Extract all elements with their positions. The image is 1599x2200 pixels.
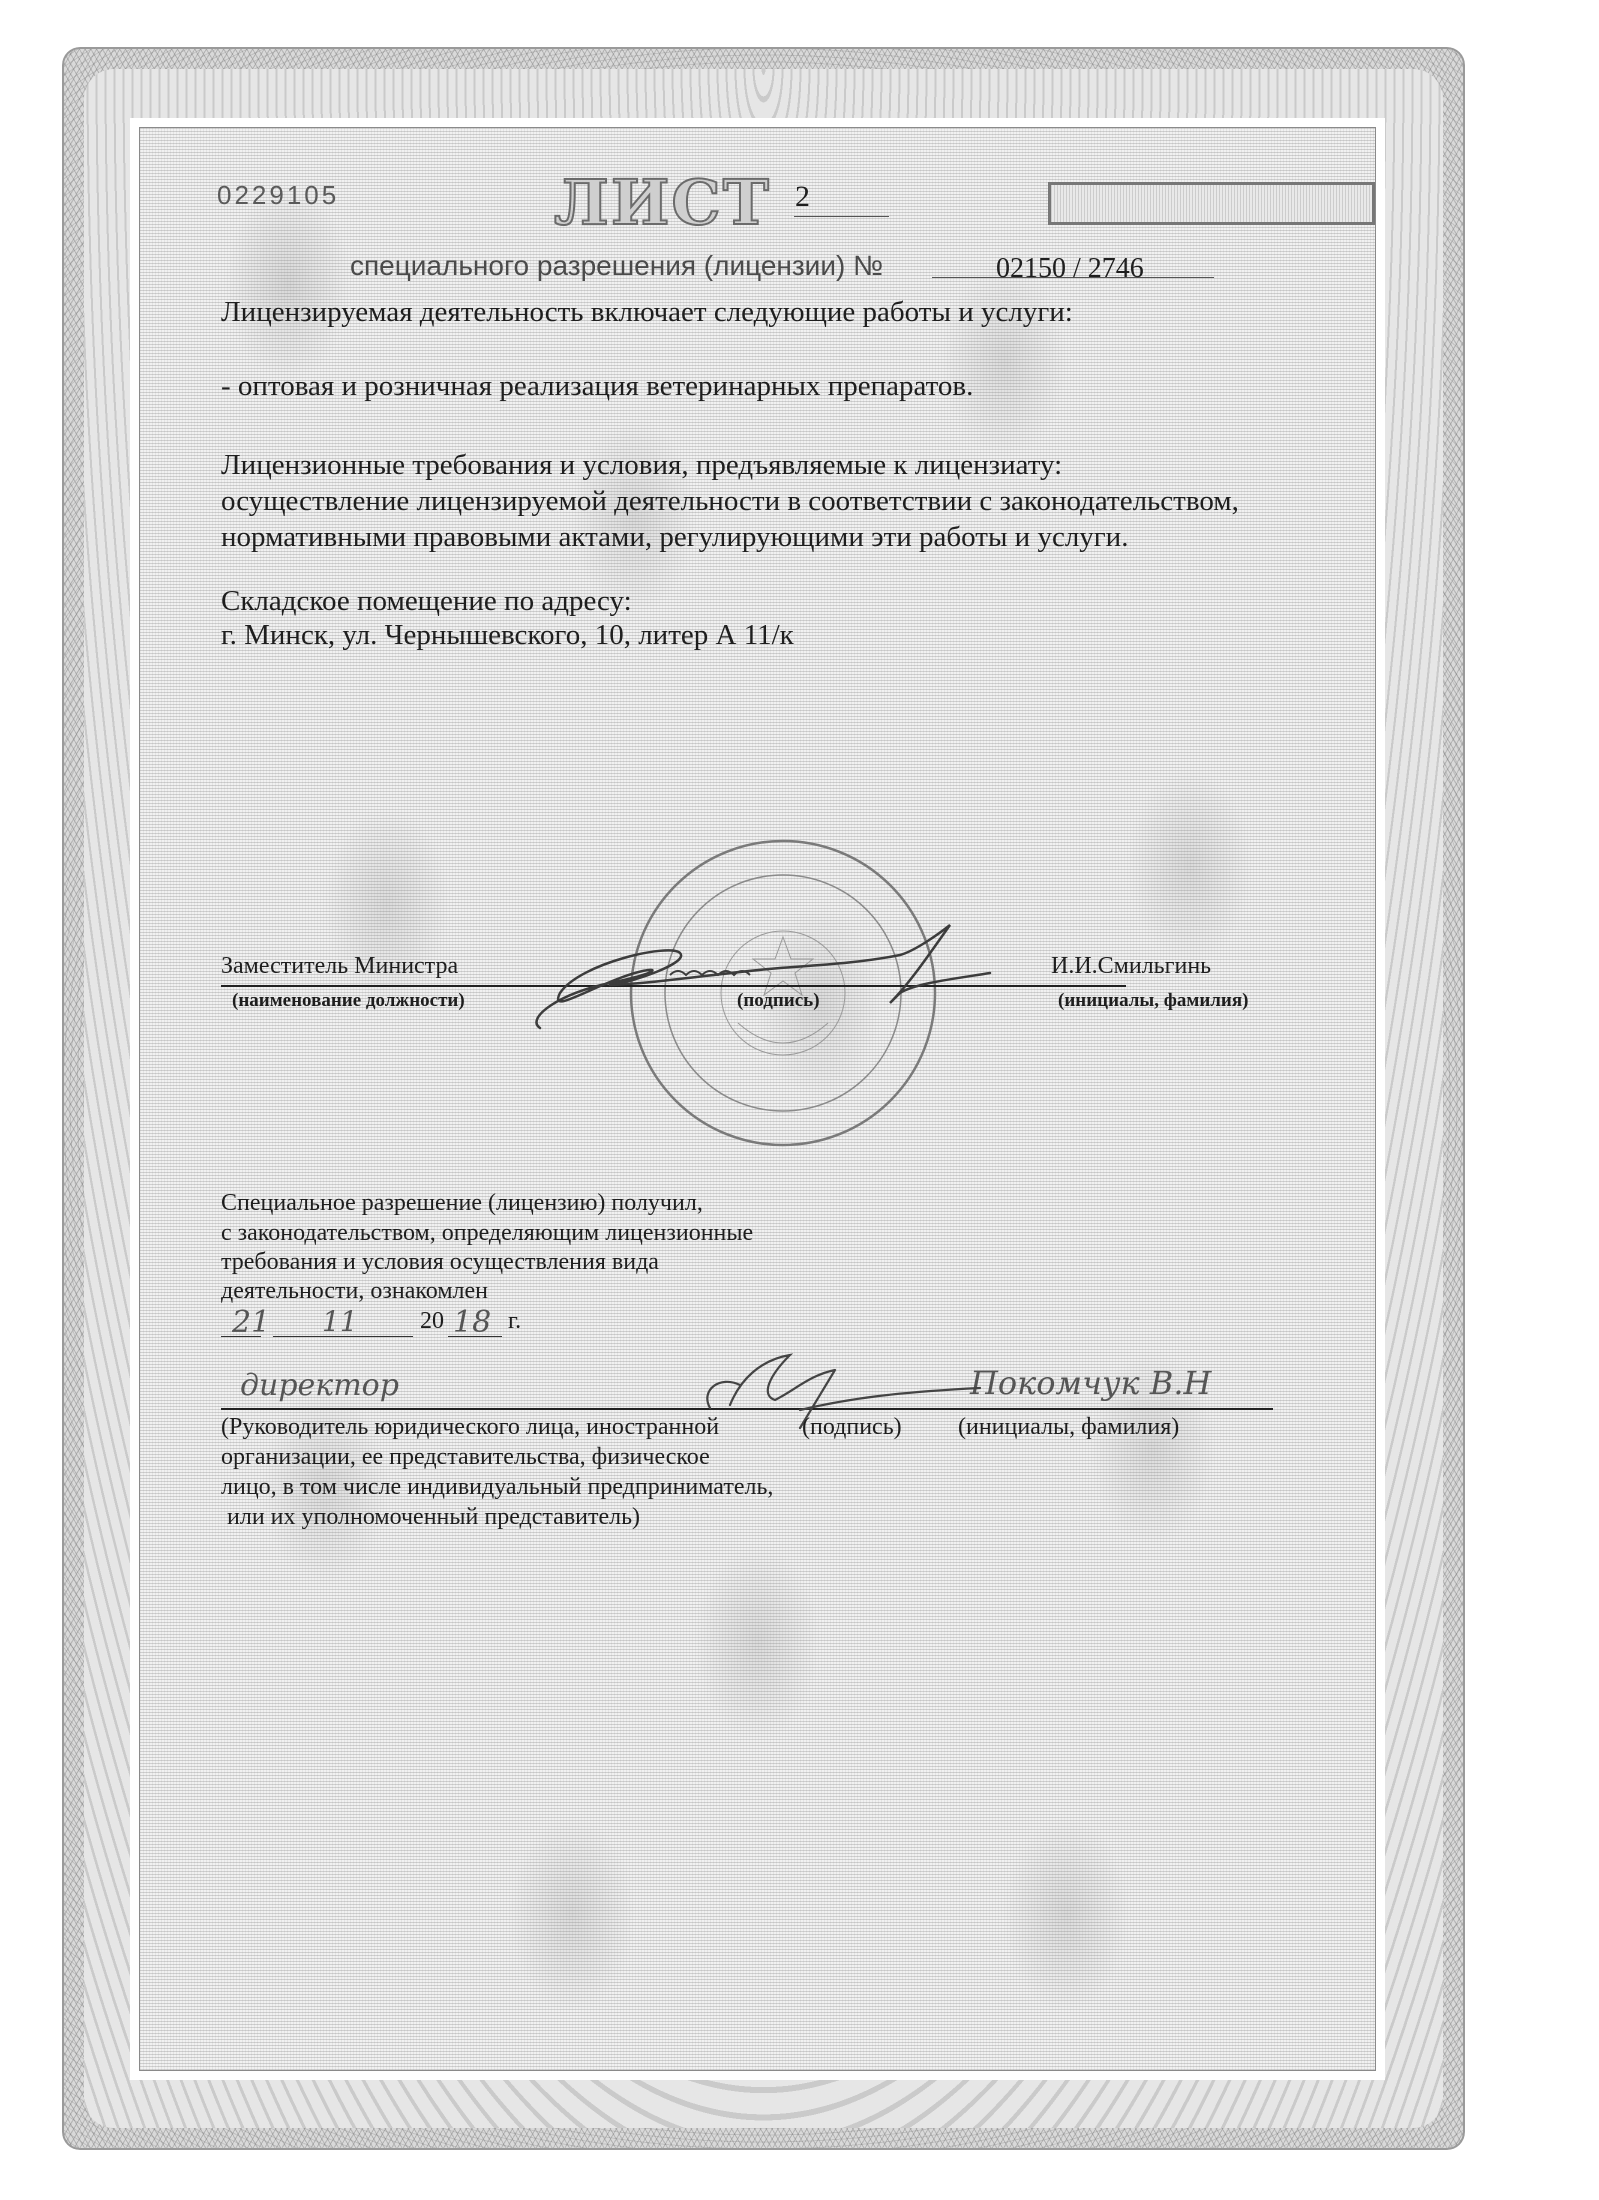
issuer-position-caption: (наименование должности) xyxy=(232,990,465,1012)
date-year: 18 xyxy=(453,1305,491,1340)
activity-item: - оптовая и розничная реализация ветерин… xyxy=(221,370,973,403)
sheet-number: 2 xyxy=(795,180,810,214)
document-frame: 0229105 ЛИСТ 2 специального разрешения (… xyxy=(130,118,1385,2080)
serial-number: 0229105 xyxy=(217,180,339,211)
issuer-position: Заместитель Министра xyxy=(221,953,458,980)
acknowledgement-line: Специальное разрешение (лицензию) получи… xyxy=(221,1190,703,1217)
document-title: ЛИСТ xyxy=(554,166,771,239)
issuer-name: И.И.Смильгинь xyxy=(1051,953,1211,980)
warehouse-address: г. Минск, ул. Чернышевского, 10, литер А… xyxy=(221,619,794,652)
issuer-name-caption: (инициалы, фамилия) xyxy=(1058,990,1248,1012)
acknowledgement-line: с законодательством, определяющим лиценз… xyxy=(221,1220,753,1247)
license-number: 02150 / 2746 xyxy=(996,253,1144,285)
acknowledgement-line: деятельности, ознакомлен xyxy=(221,1278,488,1305)
warehouse-label: Складское помещение по адресу: xyxy=(221,585,632,618)
recipient-position: директор xyxy=(240,1368,399,1403)
recipient-name-caption: (инициалы, фамилия) xyxy=(958,1414,1179,1441)
date-month: 11 xyxy=(322,1305,358,1338)
date-day: 21 xyxy=(232,1305,270,1340)
activities-heading: Лицензируемая деятельность включает след… xyxy=(221,296,1073,329)
sheet-number-line xyxy=(794,216,889,217)
recipient-caption-line: (Руководитель юридического лица, иностра… xyxy=(221,1414,719,1441)
recipient-name: Покомчук В.Н xyxy=(970,1364,1211,1402)
recipient-caption-line: организации, ее представительства, физич… xyxy=(221,1444,710,1471)
registration-box xyxy=(1048,182,1375,225)
acknowledgement-line: требования и условия осуществления вида xyxy=(221,1249,659,1276)
document-panel: 0229105 ЛИСТ 2 специального разрешения (… xyxy=(139,127,1376,2071)
requirements-heading: Лицензионные требования и условия, предъ… xyxy=(221,449,1062,482)
recipient-caption-line: или их уполномоченный представитель) xyxy=(221,1504,640,1531)
requirements-line: осуществление лицензируемой деятельности… xyxy=(221,485,1239,518)
document-subtitle: специального разрешения (лицензии) № xyxy=(350,250,883,282)
date-century: 20 xyxy=(420,1308,444,1335)
recipient-caption-line: лицо, в том числе индивидуальный предпри… xyxy=(221,1474,773,1501)
recipient-signature-caption: (подпись) xyxy=(802,1414,902,1441)
issuer-signature-icon xyxy=(520,923,1000,1053)
requirements-line: нормативными правовыми актами, регулирую… xyxy=(221,521,1128,554)
date-suffix: г. xyxy=(508,1308,521,1335)
